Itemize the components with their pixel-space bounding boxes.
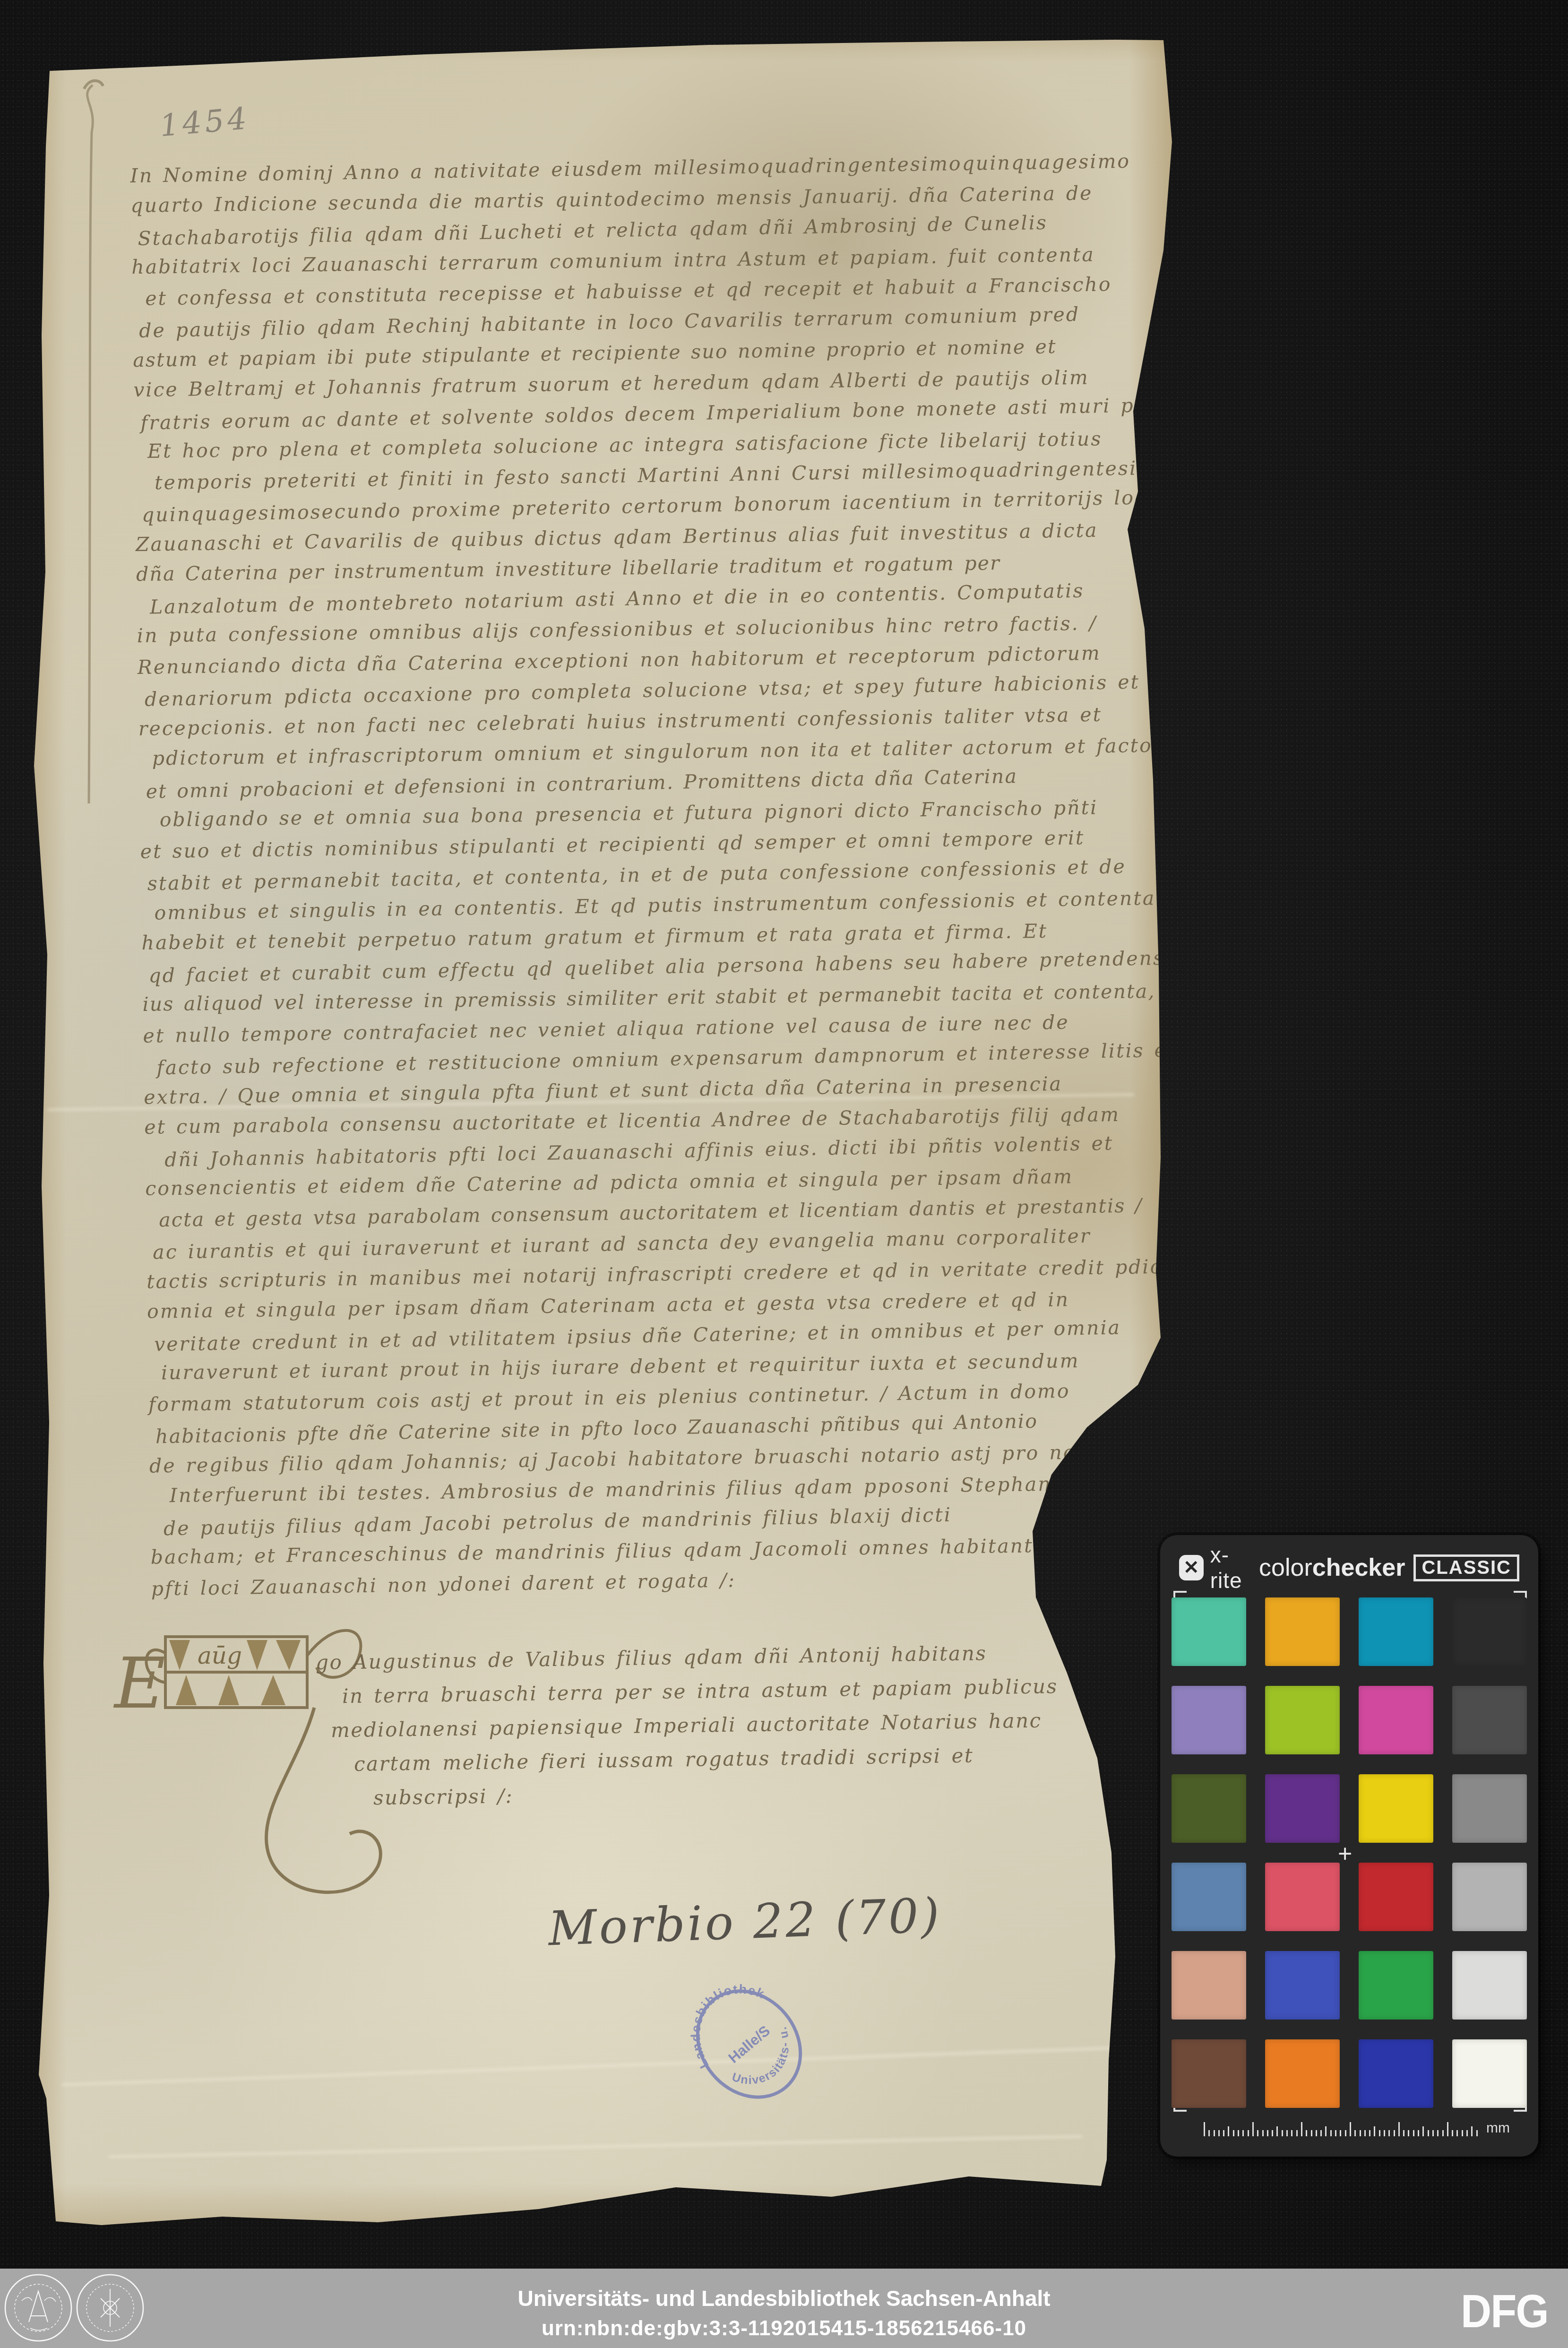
ruler-tick	[1282, 2130, 1283, 2136]
ruler-tick	[1262, 2130, 1264, 2136]
ruler-tick	[1398, 2122, 1400, 2136]
pencil-shelfmark-note: Morbio 22 (70)	[547, 1888, 942, 1957]
ruler-tick	[1330, 2130, 1332, 2136]
color-patch-blue-sky	[1172, 1863, 1246, 1931]
ruler-tick	[1214, 2130, 1215, 2136]
colorchecker-header: ✕ x-rite colorchecker CLASSIC	[1179, 1551, 1519, 1584]
xrite-logo-icon: ✕	[1179, 1555, 1204, 1580]
ruler-tick	[1208, 2130, 1210, 2136]
ruler-tick	[1388, 2130, 1390, 2136]
color-patch-cyan	[1359, 1597, 1433, 1666]
subscription-initial: E	[113, 1643, 165, 1724]
center-cross-mark: +	[1338, 1840, 1352, 1868]
svg-text:Landesbibliothek: Landesbibliothek	[664, 1962, 782, 2073]
ruler-tick	[1316, 2130, 1317, 2136]
ruler-tick	[1394, 2130, 1395, 2136]
color-patch-orange	[1265, 2039, 1340, 2108]
mm-ruler	[1204, 2120, 1478, 2136]
color-patch-purple	[1265, 1774, 1340, 1843]
ruler-tick	[1223, 2130, 1224, 2136]
notarial-mark-label: aūg	[198, 1642, 242, 1669]
ruler-tick	[1428, 2130, 1429, 2136]
color-patch-neutral-6-5	[1452, 1863, 1527, 1931]
ruler-tick	[1384, 2130, 1385, 2136]
ruler-tick	[1466, 2130, 1468, 2136]
ruler-tick	[1462, 2130, 1463, 2136]
ruler-tick	[1233, 2130, 1234, 2136]
ruler-tick	[1360, 2130, 1361, 2136]
ruler-tick	[1286, 2130, 1288, 2136]
ruler-tick	[1238, 2130, 1239, 2136]
dfg-logo: DFG	[1461, 2285, 1548, 2338]
stamp-text-center: Halle/S	[725, 2022, 773, 2066]
ruler-tick	[1422, 2126, 1424, 2136]
ruler-tick	[1471, 2126, 1473, 2136]
color-patch-white	[1452, 2039, 1527, 2108]
parchment-crease	[109, 2135, 1082, 2158]
ruler-tick	[1335, 2130, 1336, 2136]
color-patch-blue-flower	[1172, 1686, 1246, 1754]
ruler-tick	[1432, 2130, 1434, 2136]
ruler-tick	[1267, 2130, 1268, 2136]
ruler-tick	[1272, 2130, 1273, 2136]
ruler-tick	[1442, 2130, 1444, 2136]
ruler-tick	[1364, 2130, 1366, 2136]
ruler-tick	[1218, 2130, 1220, 2136]
ruler-tick	[1276, 2126, 1278, 2136]
ruler-tick	[1301, 2122, 1302, 2136]
ruler-tick	[1418, 2130, 1419, 2136]
ruler-tick	[1350, 2122, 1351, 2136]
color-patch-yellow-green	[1265, 1686, 1340, 1754]
ruler-tick	[1248, 2130, 1249, 2136]
ruler-tick	[1228, 2126, 1229, 2136]
ruler-tick	[1403, 2130, 1404, 2136]
xrite-brand-name: x-rite	[1210, 1542, 1259, 1593]
ruler-tick	[1437, 2130, 1439, 2136]
pen-flourish-left-margin	[75, 76, 108, 813]
ruler-tick	[1306, 2130, 1307, 2136]
manuscript-text-block: In Nomine dominj Anno a nativitate eiusd…	[130, 146, 1179, 1605]
color-patch-dark-skin	[1172, 2039, 1246, 2108]
ruler-tick	[1452, 2130, 1453, 2136]
ruler-tick	[1369, 2130, 1370, 2136]
scan-stage: 1454 In Nomine dominj Anno a nativitate …	[0, 0, 1568, 2348]
ruler-tick	[1340, 2130, 1341, 2136]
color-patch-blue	[1359, 2039, 1433, 2108]
parchment-document: 1454 In Nomine dominj Anno a nativitate …	[33, 19, 1177, 2231]
color-patch-moderate-red	[1265, 1863, 1340, 1931]
color-patch-yellow	[1359, 1774, 1433, 1843]
footer-library-name: Universitäts- und Landesbibliothek Sachs…	[0, 2286, 1568, 2311]
color-patch-purplish-blue	[1265, 1951, 1340, 2020]
color-patch-orange-yellow	[1265, 1597, 1340, 1666]
ruler-tick	[1476, 2130, 1478, 2136]
ruler-tick	[1242, 2130, 1244, 2136]
ruler-tick	[1204, 2122, 1205, 2136]
ruler-tick	[1252, 2122, 1254, 2136]
mm-ruler-label: mm	[1486, 2120, 1510, 2136]
color-patch-neutral-8	[1452, 1951, 1527, 2020]
stamp-text-top: Landesbibliothek	[664, 1962, 782, 2073]
ruler-tick	[1257, 2130, 1258, 2136]
library-stamp: Landesbibliothek Universitäts- u. Halle/…	[663, 1957, 835, 2131]
parchment-crease	[62, 2047, 1120, 2086]
footer-bar: Universitäts- und Landesbibliothek Sachs…	[0, 2269, 1568, 2348]
colorchecker-card: ✕ x-rite colorchecker CLASSIC + mm	[1160, 1535, 1538, 2157]
color-patch-light-skin	[1172, 1951, 1246, 2020]
color-patch-magenta	[1359, 1686, 1433, 1754]
color-patch-neutral-3-5	[1452, 1686, 1527, 1754]
ruler-tick	[1413, 2130, 1414, 2136]
color-patch-green	[1359, 1951, 1433, 2020]
ruler-tick	[1291, 2130, 1292, 2136]
notarial-subscription: go Augustinus de Valibus filius qdam dñi…	[316, 1634, 1131, 1816]
ruler-tick	[1379, 2130, 1380, 2136]
color-patch-bluish-green	[1172, 1597, 1246, 1666]
ruler-tick	[1325, 2126, 1327, 2136]
pencil-year-note: 1454	[158, 101, 251, 144]
ruler-tick	[1374, 2126, 1375, 2136]
colorchecker-edition-badge: CLASSIC	[1413, 1554, 1519, 1581]
ruler-tick	[1354, 2130, 1356, 2136]
color-patch-black	[1452, 1597, 1527, 1666]
colorchecker-product-title: colorchecker	[1259, 1554, 1405, 1582]
ruler-tick	[1296, 2130, 1298, 2136]
ruler-tick	[1311, 2130, 1312, 2136]
ruler-tick	[1345, 2130, 1346, 2136]
ruler-tick	[1320, 2130, 1322, 2136]
ruler-tick	[1456, 2130, 1458, 2136]
footer-urn: urn:nbn:de:gbv:3:3-1192015415-1856215466…	[0, 2317, 1568, 2340]
ruler-tick	[1408, 2130, 1409, 2136]
color-patch-neutral-5	[1452, 1774, 1527, 1843]
color-patch-red	[1359, 1863, 1433, 1931]
ruler-tick	[1447, 2122, 1448, 2136]
color-patch-foliage	[1172, 1774, 1246, 1843]
